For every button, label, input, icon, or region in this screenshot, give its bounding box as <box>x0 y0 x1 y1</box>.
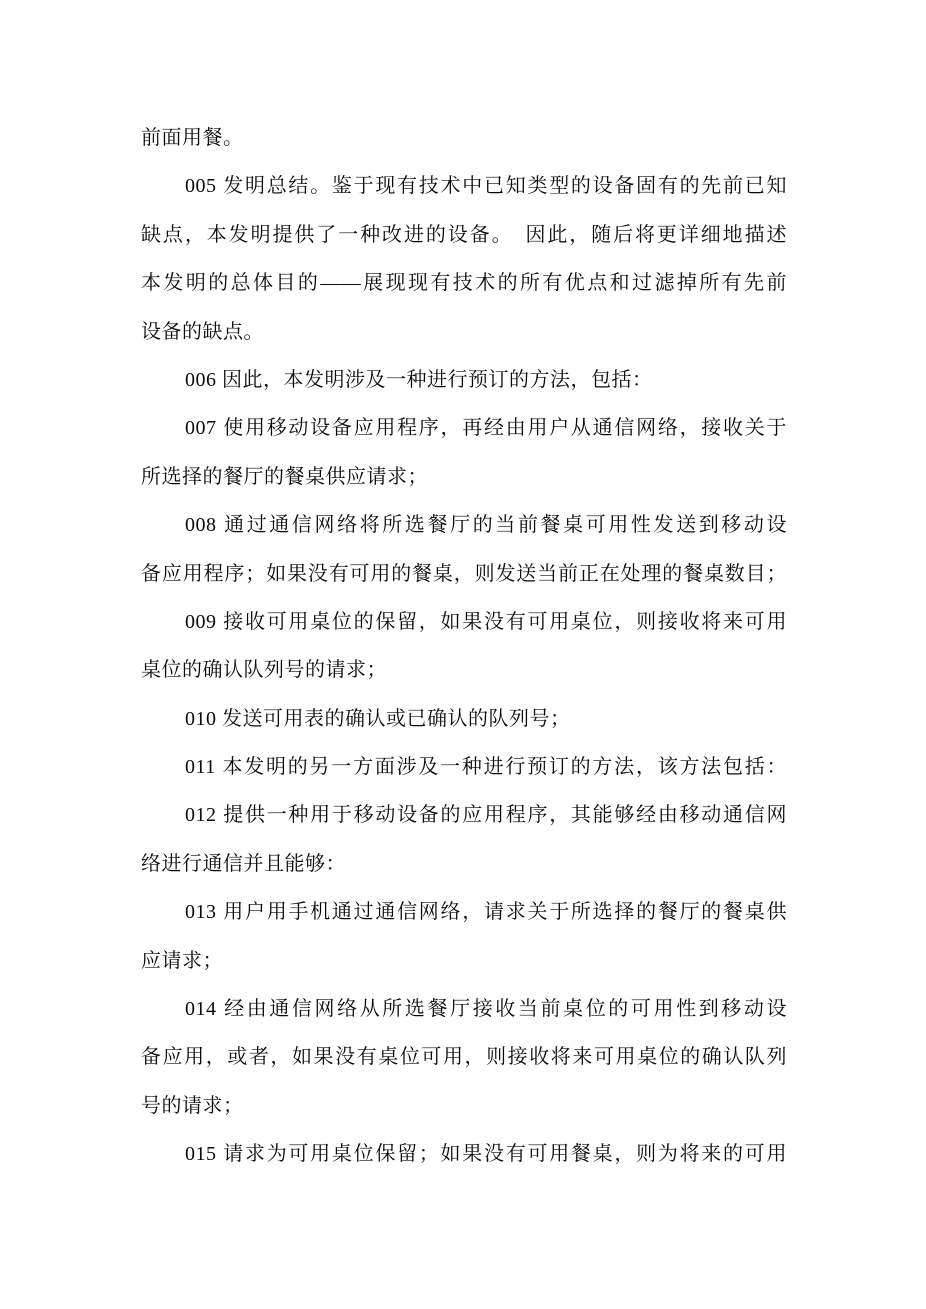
document-page: 前面用餐。 005 发明总结。鉴于现有技术中已知类型的设备固有的先前已知 缺点，… <box>141 114 787 1179</box>
text-line: 010 发送可用表的确认或已确认的队列号； <box>141 695 787 743</box>
text-line: 013 用户用手机通过通信网络，请求关于所选择的餐厅的餐桌供 <box>141 888 787 936</box>
text-line: 所选择的餐厅的餐桌供应请求； <box>141 453 787 501</box>
text-line: 009 接收可用桌位的保留，如果没有可用桌位，则接收将来可用 <box>141 598 787 646</box>
text-line: 005 发明总结。鉴于现有技术中已知类型的设备固有的先前已知 <box>141 162 787 210</box>
text-line: 本发明的总体目的——展现现有技术的所有优点和过滤掉所有先前 <box>141 259 787 307</box>
text-line: 络进行通信并且能够： <box>141 840 787 888</box>
text-line: 应请求； <box>141 937 787 985</box>
text-line: 设备的缺点。 <box>141 308 787 356</box>
text-line: 桌位的确认队列号的请求； <box>141 646 787 694</box>
text-line: 备应用程序；如果没有可用的餐桌，则发送当前正在处理的餐桌数目； <box>141 550 787 598</box>
text-line: 006 因此，本发明涉及一种进行预订的方法，包括： <box>141 356 787 404</box>
text-line: 012 提供一种用于移动设备的应用程序，其能够经由移动通信网 <box>141 791 787 839</box>
text-line: 011 本发明的另一方面涉及一种进行预订的方法，该方法包括： <box>141 743 787 791</box>
text-line: 007 使用移动设备应用程序，再经由用户从通信网络，接收关于 <box>141 404 787 452</box>
text-line: 008 通过通信网络将所选餐厅的当前餐桌可用性发送到移动设 <box>141 501 787 549</box>
text-line: 前面用餐。 <box>141 114 787 162</box>
text-line: 015 请求为可用桌位保留；如果没有可用餐桌，则为将来的可用 <box>141 1130 787 1178</box>
text-line: 号的请求； <box>141 1082 787 1130</box>
text-line: 014 经由通信网络从所选餐厅接收当前桌位的可用性到移动设 <box>141 985 787 1033</box>
text-line: 缺点，本发明提供了一种改进的设备。 因此，随后将更详细地描述 <box>141 211 787 259</box>
text-line: 备应用，或者，如果没有桌位可用，则接收将来可用桌位的确认队列 <box>141 1033 787 1081</box>
